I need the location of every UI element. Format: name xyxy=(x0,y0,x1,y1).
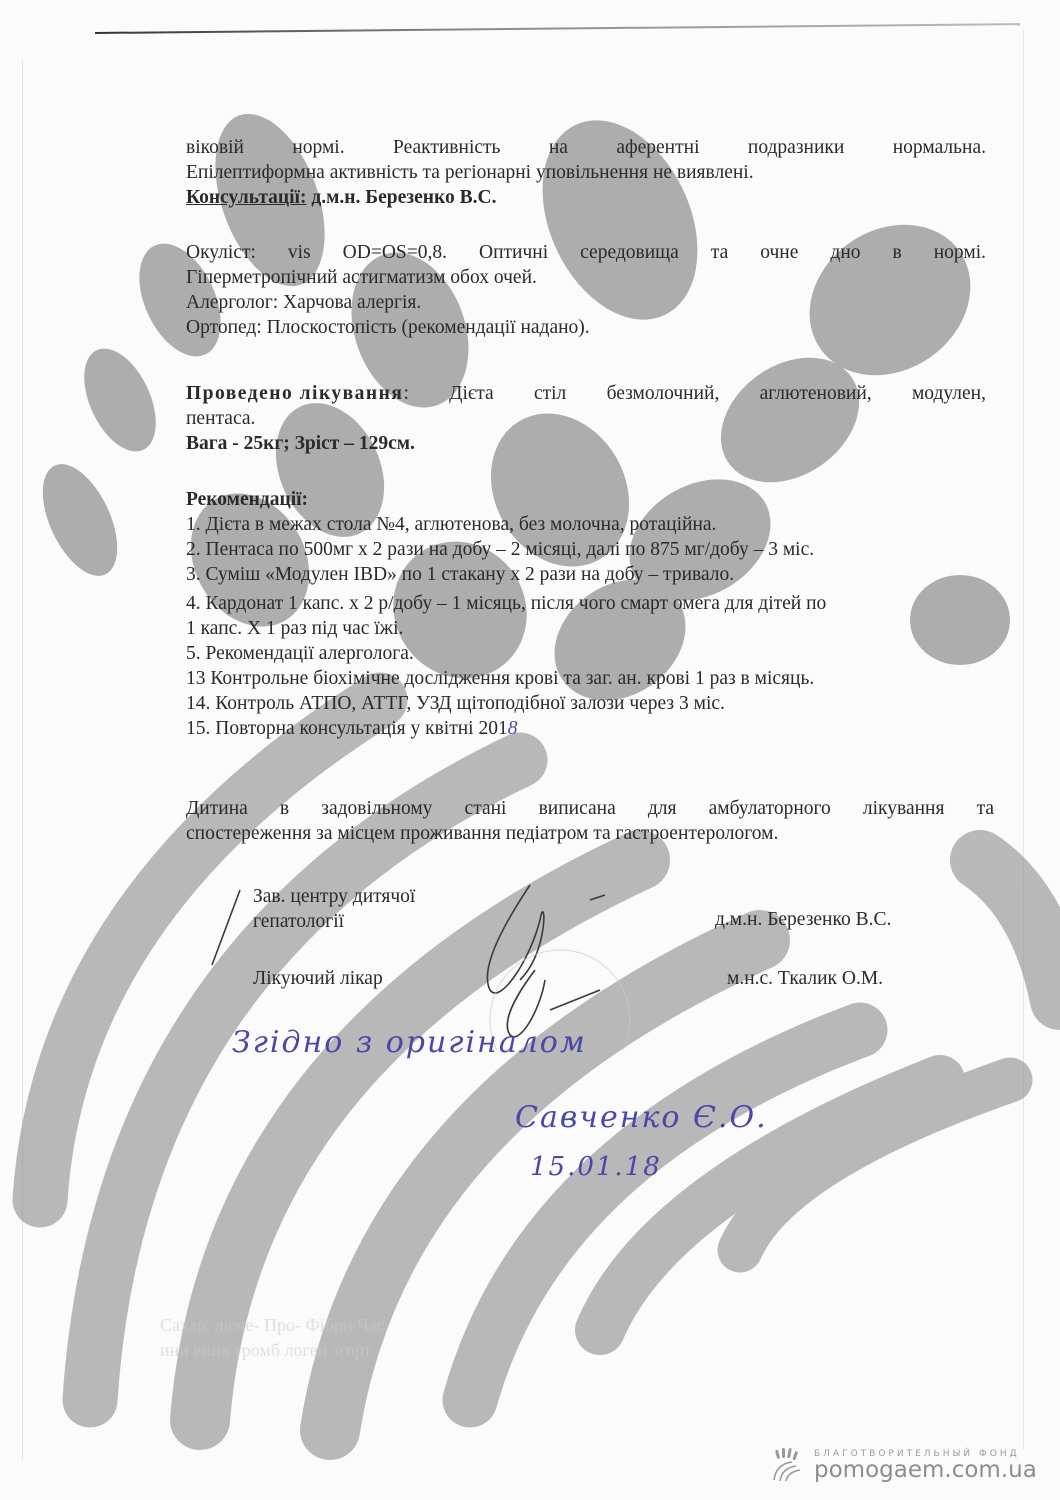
hand-logo-icon xyxy=(770,1446,808,1484)
recommendation-item: 3. Суміш «Модулен IBD» по 1 стакану х 2 … xyxy=(186,563,734,587)
recommendation-item: 1. Дієта в межах стола №4, аглютенова, б… xyxy=(186,513,716,537)
recommendation-item: 5. Рекомендації алерголога. xyxy=(186,642,414,666)
intro-line-1: віковій нормі. Реактивність на аферентні… xyxy=(186,136,986,160)
discharge-summary-page: віковій нормі. Реактивність на аферентні… xyxy=(0,0,1060,1500)
treatment-label: Проведено лікування xyxy=(186,382,403,406)
recommendation-item: 1 капс. Х 1 раз під час їжі. xyxy=(186,617,403,641)
consultations-label: Консультації: xyxy=(186,187,306,208)
consult-ophthalmologist-line-1: Окуліст: vis OD=OS=0,8. Оптичні середови… xyxy=(186,241,986,265)
consult-allergist: Алерголог: Харчова алергія. xyxy=(186,291,421,315)
recommendation-item: 2. Пентаса по 500мг х 2 рази на добу – 2… xyxy=(186,538,814,562)
bleed-through-line-2: ини вина тромб логен згорт xyxy=(160,1340,371,1361)
vitals: Вага - 25кг; Зріст – 129см. xyxy=(186,432,415,456)
treatment-text: : Дієта стіл безмолочний, аглютеновий, м… xyxy=(403,382,986,406)
consultations-doctor: д.м.н. Березенко В.С. xyxy=(306,187,496,208)
treatment-line-1: Проведено лікування : Дієта стіл безмоло… xyxy=(186,382,986,406)
recommendation-item: 13 Контрольне біохімічне дослідження кро… xyxy=(186,667,814,691)
consultations-heading: Консультації: д.м.н. Березенко В.С. xyxy=(186,186,496,210)
handwritten-signatures-icon xyxy=(200,870,900,1050)
certification-name: Савченко Є.О. xyxy=(515,1100,768,1135)
recommendation-15-text: 15. Повторна консультація у квітні 201 xyxy=(186,718,508,739)
intro-line-2: Епілептиформна активність та регіонарні … xyxy=(186,161,754,185)
recommendation-item-15: 15. Повторна консультація у квітні 2018 xyxy=(186,717,517,741)
conclusion-line-1: Дитина в задовільному стані виписана для… xyxy=(186,797,994,821)
consult-ophthalmologist-line-2: Гіперметропічний астигматизм обох очей. xyxy=(186,266,537,290)
consult-orthopedist: Ортопед: Плоскостопість (рекомендації на… xyxy=(186,316,590,340)
handwritten-year-digit: 8 xyxy=(508,718,518,739)
charity-site: pomogaem.com.ua xyxy=(814,1459,1037,1481)
charity-logo: БЛАГОТВОРИТЕЛЬНЫЙ ФОНД pomogaem.com.ua xyxy=(770,1440,1050,1490)
certification-date: 15.01.18 xyxy=(530,1152,662,1182)
certification-true-copy: Згідно з оригіналом xyxy=(232,1025,587,1060)
bleed-through-line-1: Сахар, люче- Про- Фібри Час xyxy=(160,1315,385,1336)
conclusion-line-2: спостереження за місцем проживання педіа… xyxy=(186,822,778,846)
recommendation-item: 14. Контроль АТПО, АТТГ, УЗД щітоподібно… xyxy=(186,692,725,716)
recommendation-item: 4. Кардонат 1 капс. х 2 р/добу – 1 місяц… xyxy=(186,592,826,616)
treatment-line-2: пентаса. xyxy=(186,407,255,431)
recommendations-heading: Рекомендації: xyxy=(186,488,308,512)
